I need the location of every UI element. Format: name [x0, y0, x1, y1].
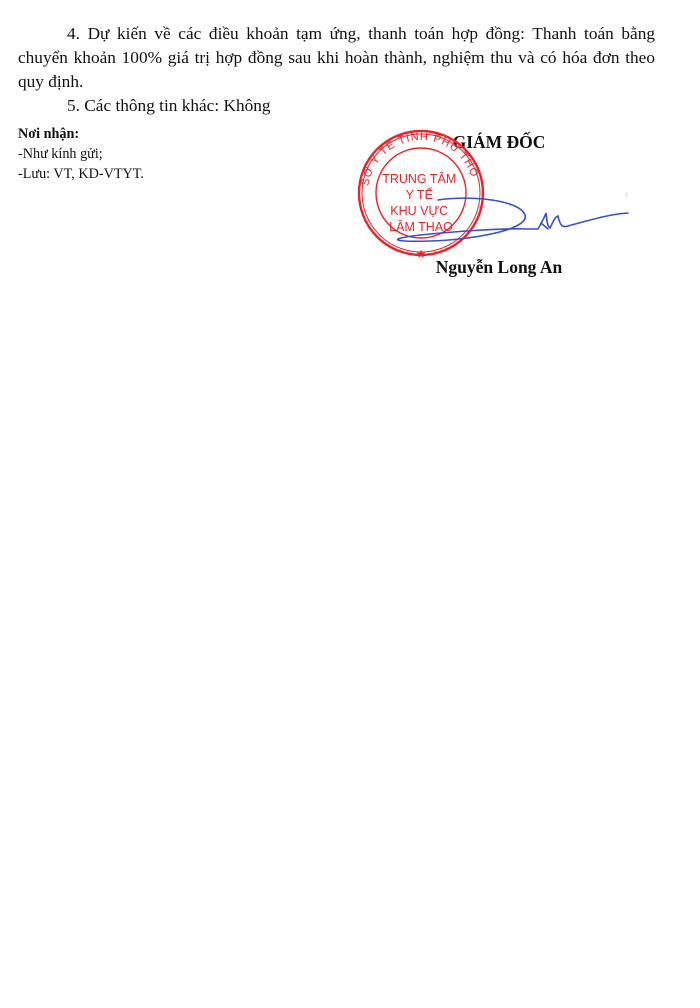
signer-name: Nguyễn Long An — [380, 257, 618, 278]
recipient-item: -Như kính gửi; — [18, 144, 144, 164]
other-info-paragraph: 5. Các thông tin khác: Không — [18, 94, 655, 118]
handwritten-signature — [398, 193, 628, 241]
signer-title: GIÁM ĐỐC — [380, 132, 618, 153]
recipient-item: -Lưu: VT, KD-VTYT. — [18, 164, 144, 184]
payment-terms-paragraph: 4. Dự kiến về các điều khoản tạm ứng, th… — [18, 22, 655, 94]
recipients-block: Nơi nhận: -Như kính gửi; -Lưu: VT, KD-VT… — [18, 124, 144, 184]
recipients-title: Nơi nhận: — [18, 126, 79, 142]
stamp-center-text: TRUNG TÂM Y TẾ KHU VỰC LÂM THAO — [382, 171, 460, 234]
